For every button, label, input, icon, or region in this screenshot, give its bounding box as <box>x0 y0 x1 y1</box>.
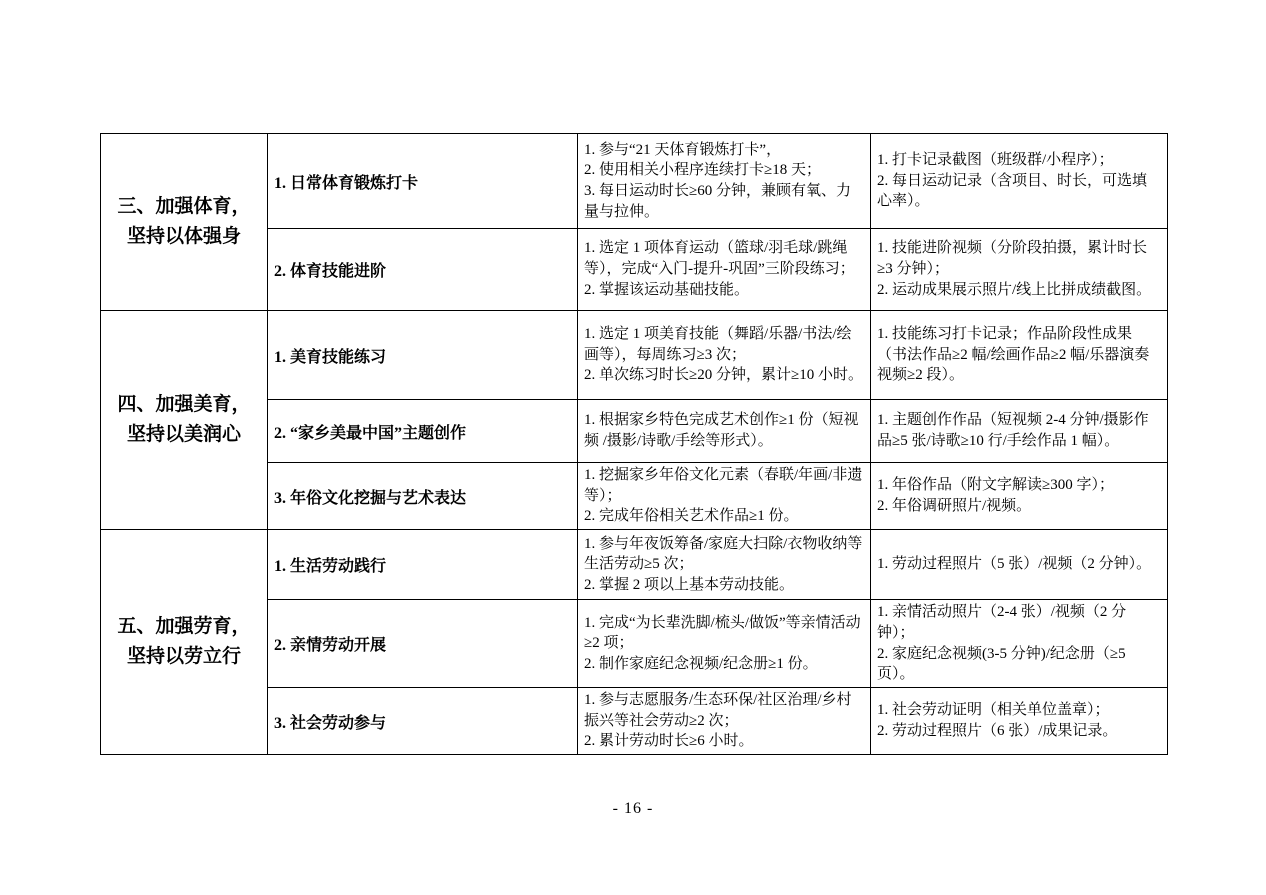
text-line: 1. 完成“为长辈洗脚/梳头/做饭”等亲情活动≥2 项； <box>584 613 864 654</box>
text-line: 2. 掌握 2 项以上基本劳动技能。 <box>584 575 864 596</box>
task-evidence: 1. 技能练习打卡记录；作品阶段性成果（书法作品≥2 幅/绘画作品≥2 幅/乐器… <box>871 311 1168 400</box>
text-line: 2. 完成年俗相关艺术作品≥1 份。 <box>584 506 864 527</box>
task-requirements: 1. 挖掘家乡年俗文化元素（春联/年画/非遗等）；2. 完成年俗相关艺术作品≥1… <box>578 463 871 530</box>
text-line: 1. 年俗作品（附文字解读≥300 字）； <box>877 475 1161 496</box>
section-category-arts: 四、加强美育， 坚持以美润心 <box>101 311 268 530</box>
text-line: 2. 使用相关小程序连续打卡≥18 天； <box>584 160 864 181</box>
task-requirements: 1. 根据家乡特色完成艺术创作≥1 份（短视频 /摄影/诗歌/手绘等形式）。 <box>578 400 871 463</box>
task-requirements: 1. 选定 1 项体育运动（篮球/羽毛球/跳绳等），完成“入门-提升-巩固”三阶… <box>578 229 871 311</box>
task-evidence: 1. 技能进阶视频（分阶段拍摄，累计时长≥3 分钟）；2. 运动成果展示照片/线… <box>871 229 1168 311</box>
text-line: 2. 累计劳动时长≥6 小时。 <box>584 731 864 752</box>
task-name: 2. 亲情劳动开展 <box>268 600 578 688</box>
task-evidence: 1. 年俗作品（附文字解读≥300 字）；2. 年俗调研照片/视频。 <box>871 463 1168 530</box>
text-line: 2. 每日运动记录（含项目、时长，可选填心率）。 <box>877 171 1161 212</box>
text-line: 1. 参与志愿服务/生态环保/社区治理/乡村振兴等社会劳动≥2 次； <box>584 690 864 731</box>
task-evidence: 1. 主题创作作品（短视频 2-4 分钟/摄影作品≥5 张/诗歌≥10 行/手绘… <box>871 400 1168 463</box>
text-line: 1. 参与年夜饭筹备/家庭大扫除/衣物收纳等生活劳动≥5 次； <box>584 534 864 575</box>
task-name: 1. 美育技能练习 <box>268 311 578 400</box>
text-line: 1. 技能进阶视频（分阶段拍摄，累计时长≥3 分钟）； <box>877 238 1161 279</box>
page-number: - 16 - <box>0 800 1266 818</box>
text-line: 1. 主题创作作品（短视频 2-4 分钟/摄影作品≥5 张/诗歌≥10 行/手绘… <box>877 410 1161 451</box>
task-name: 1. 日常体育锻炼打卡 <box>268 134 578 229</box>
section-category-labor: 五、加强劳育， 坚持以劳立行 <box>101 530 268 755</box>
text-line: 1. 打卡记录截图（班级群/小程序）； <box>877 150 1161 171</box>
table-row: 四、加强美育， 坚持以美润心 1. 美育技能练习 1. 选定 1 项美育技能（舞… <box>101 311 1168 400</box>
document-page: 三、加强体育， 坚持以体强身 1. 日常体育锻炼打卡 1. 参与“21 天体育锻… <box>0 0 1266 895</box>
text-line: 2. 家庭纪念视频(3-5 分钟)/纪念册（≥5 页）。 <box>877 644 1161 685</box>
task-requirements: 1. 参与志愿服务/生态环保/社区治理/乡村振兴等社会劳动≥2 次；2. 累计劳… <box>578 688 871 755</box>
task-name: 3. 社会劳动参与 <box>268 688 578 755</box>
text-line: 3. 每日运动时长≥60 分钟，兼顾有氧、力量与拉伸。 <box>584 181 864 222</box>
text-line: 1. 技能练习打卡记录；作品阶段性成果（书法作品≥2 幅/绘画作品≥2 幅/乐器… <box>877 324 1161 386</box>
task-requirements: 1. 参与“21 天体育锻炼打卡”，2. 使用相关小程序连续打卡≥18 天；3.… <box>578 134 871 229</box>
task-name: 3. 年俗文化挖掘与艺术表达 <box>268 463 578 530</box>
task-requirements: 1. 选定 1 项美育技能（舞蹈/乐器/书法/绘画等），每周练习≥3 次；2. … <box>578 311 871 400</box>
section-category-sports: 三、加强体育， 坚持以体强身 <box>101 134 268 311</box>
task-name: 1. 生活劳动践行 <box>268 530 578 600</box>
text-line: 1. 挖掘家乡年俗文化元素（春联/年画/非遗等）； <box>584 465 864 506</box>
text-line: 1. 亲情活动照片（2-4 张）/视频（2 分钟）； <box>877 602 1161 643</box>
activity-plan-table: 三、加强体育， 坚持以体强身 1. 日常体育锻炼打卡 1. 参与“21 天体育锻… <box>100 133 1168 755</box>
text-line: 1. 参与“21 天体育锻炼打卡”， <box>584 140 864 161</box>
text-line: 1. 选定 1 项体育运动（篮球/羽毛球/跳绳等），完成“入门-提升-巩固”三阶… <box>584 238 864 300</box>
task-evidence: 1. 劳动过程照片（5 张）/视频（2 分钟）。 <box>871 530 1168 600</box>
task-name: 2. 体育技能进阶 <box>268 229 578 311</box>
task-requirements: 1. 参与年夜饭筹备/家庭大扫除/衣物收纳等生活劳动≥5 次；2. 掌握 2 项… <box>578 530 871 600</box>
text-line: 2. 年俗调研照片/视频。 <box>877 496 1161 517</box>
task-evidence: 1. 打卡记录截图（班级群/小程序）；2. 每日运动记录（含项目、时长，可选填心… <box>871 134 1168 229</box>
task-evidence: 1. 亲情活动照片（2-4 张）/视频（2 分钟）；2. 家庭纪念视频(3-5 … <box>871 600 1168 688</box>
task-name: 2. “家乡美最中国”主题创作 <box>268 400 578 463</box>
text-line: 2. 运动成果展示照片/线上比拼成绩截图。 <box>877 280 1161 301</box>
text-line: 1. 选定 1 项美育技能（舞蹈/乐器/书法/绘画等），每周练习≥3 次； <box>584 324 864 365</box>
table-row: 三、加强体育， 坚持以体强身 1. 日常体育锻炼打卡 1. 参与“21 天体育锻… <box>101 134 1168 229</box>
task-evidence: 1. 社会劳动证明（相关单位盖章）；2. 劳动过程照片（6 张）/成果记录。 <box>871 688 1168 755</box>
table-row: 五、加强劳育， 坚持以劳立行 1. 生活劳动践行 1. 参与年夜饭筹备/家庭大扫… <box>101 530 1168 600</box>
task-requirements: 1. 完成“为长辈洗脚/梳头/做饭”等亲情活动≥2 项；2. 制作家庭纪念视频/… <box>578 600 871 688</box>
text-line: 1. 社会劳动证明（相关单位盖章）； <box>877 700 1161 721</box>
text-line: 2. 制作家庭纪念视频/纪念册≥1 份。 <box>584 654 864 675</box>
text-line: 1. 劳动过程照片（5 张）/视频（2 分钟）。 <box>877 554 1161 575</box>
text-line: 2. 单次练习时长≥20 分钟，累计≥10 小时。 <box>584 365 864 386</box>
text-line: 2. 劳动过程照片（6 张）/成果记录。 <box>877 721 1161 742</box>
text-line: 1. 根据家乡特色完成艺术创作≥1 份（短视频 /摄影/诗歌/手绘等形式）。 <box>584 410 864 451</box>
